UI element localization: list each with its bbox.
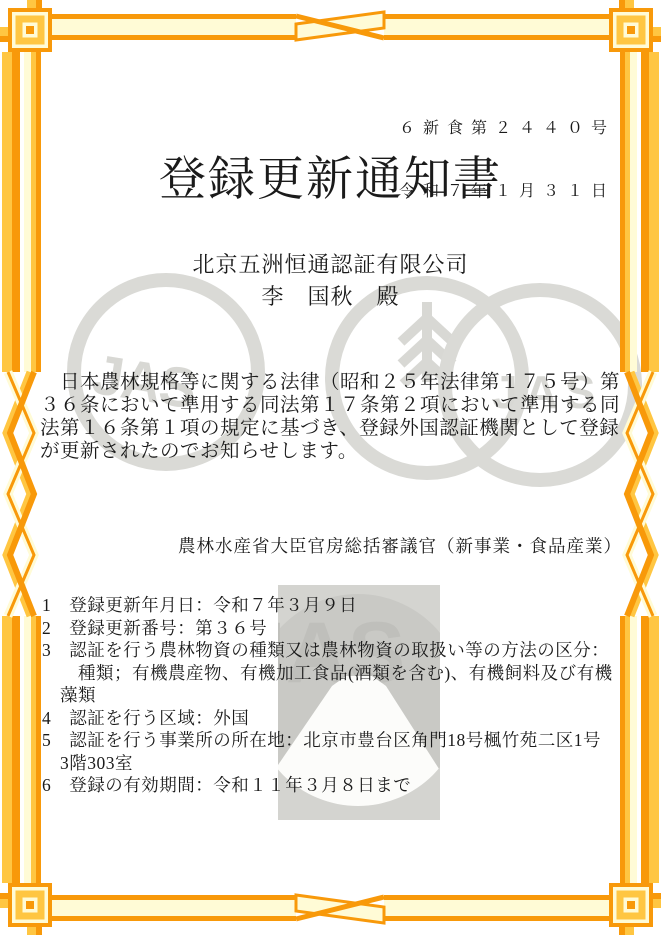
addressee-name: 李 国秋 殿 [0, 280, 661, 311]
list-item: 2 登録更新番号：第３６号 [42, 617, 632, 640]
list-item: 4 認証を行う区域：外国 [42, 707, 632, 730]
list-item: 3 認証を行う農林物資の種類又は農林物資の取扱い等の方法の区分： [42, 639, 632, 662]
document-content: ６新食第２４４０号 令和７年１月３１日 登録更新通知書 北京五洲恒通認証有限公司… [0, 0, 661, 935]
list-item: 5 認証を行う事業所の所在地：北京市豊台区角門18号楓竹苑二区1号 [42, 729, 632, 752]
list-item: 3階303室 [42, 752, 632, 775]
list-item: 1 登録更新年月日：令和７年３月９日 [42, 594, 632, 617]
page-title: 登録更新通知書 [0, 142, 661, 209]
certificate-page: { "document": { "doc_number": "６新食第２４４０号… [0, 0, 661, 935]
list-item: 種類；有機農産物、有機加工食品(酒類を含む)、有機飼料及び有機 [42, 662, 632, 685]
signer-line: 農林水産省大臣官房総括審議官（新事業・食品産業） [178, 533, 622, 558]
registration-items-list: 1 登録更新年月日：令和７年３月９日 2 登録更新番号：第３６号 3 認証を行う… [42, 594, 632, 797]
body-line: 日本農林規格等に関する法律（昭和２５年法律第１７５号）第 [40, 371, 630, 394]
list-item: 6 登録の有効期間：令和１１年３月８日まで [42, 774, 632, 797]
body-line: ３６条において準用する同法第１７条第２項において準用する同 [40, 394, 630, 417]
body-line: が更新されたのでお知らせします。 [40, 440, 630, 463]
doc-number: ６新食第２４４０号 [399, 118, 615, 139]
list-item: 藻類 [42, 684, 632, 707]
body-line: 法第１６条第１項の規定に基づき、登録外国認証機関として登録 [40, 417, 630, 440]
body-paragraph: 日本農林規格等に関する法律（昭和２５年法律第１７５号）第 ３６条において準用する… [40, 371, 630, 463]
addressee-company: 北京五洲恒通認証有限公司 [0, 248, 661, 279]
